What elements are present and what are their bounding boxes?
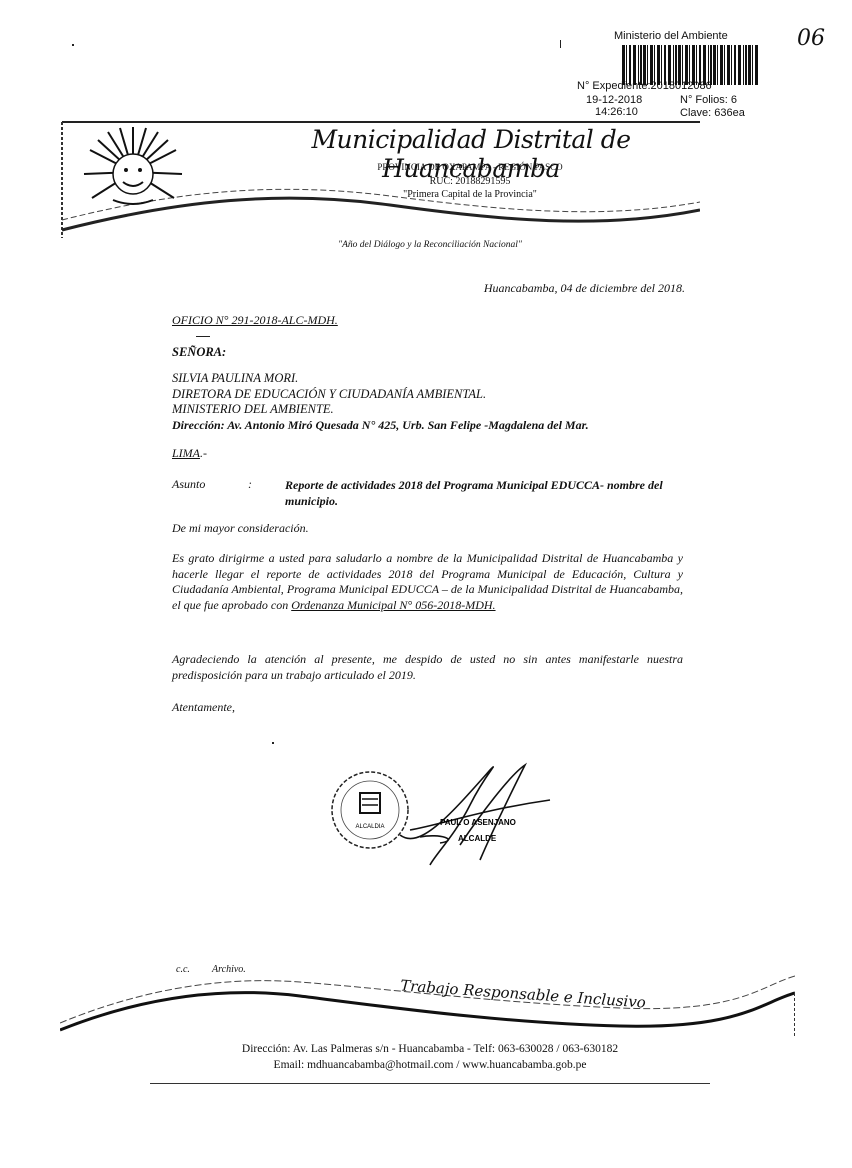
recipient-name: SILVIA PAULINA MORI. xyxy=(172,371,589,387)
footer-divider xyxy=(150,1083,710,1084)
municipality-province: PROVINCIA DE OXAPAMPA - REGIÓN PASCO xyxy=(300,162,640,172)
svg-text:ALCALDIA: ALCALDIA xyxy=(355,824,384,830)
signature-and-seal: ALCALDIA PAUL O ASENJANO ALCALDE xyxy=(310,755,580,870)
stamp-ministry: Ministerio del Ambiente xyxy=(614,30,728,42)
stamp-folios: N° Folios: 6 xyxy=(680,94,737,106)
official-seal-icon: ALCALDIA xyxy=(332,772,408,848)
closing: Atentamente, xyxy=(172,700,235,715)
recipient-city: LIMA.- xyxy=(172,446,207,461)
subject-text: Reporte de actividades 2018 del Programa… xyxy=(285,477,685,509)
signature-icon xyxy=(400,765,550,865)
oficio-number: OFICIO N° 291-2018-ALC-MDH. xyxy=(172,313,338,328)
salutation: SEÑORA: xyxy=(172,345,226,360)
svg-text:ALCALDE: ALCALDE xyxy=(458,834,497,843)
footer-email: Email: mdhuancabamba@hotmail.com / www.h… xyxy=(160,1059,700,1071)
scan-speck xyxy=(272,742,274,744)
recipient-address: Dirección: Av. Antonio Miró Quesada N° 4… xyxy=(172,418,589,434)
barcode xyxy=(622,45,760,85)
recipient-block: SILVIA PAULINA MORI. DIRETORA DE EDUCACI… xyxy=(172,371,589,433)
city-suffix: .- xyxy=(200,446,207,460)
year-motto: "Año del Diálogo y la Reconciliación Nac… xyxy=(200,240,660,250)
scan-speck xyxy=(72,44,74,46)
municipal-emblem-icon xyxy=(78,122,188,222)
subject-label: Asunto xyxy=(172,477,205,492)
svg-text:PAUL O ASENJANO: PAUL O ASENJANO xyxy=(440,818,516,827)
stamp-expediente: N° Expediente:2018012086 xyxy=(577,80,712,92)
paragraph-main: Es grato dirigirme a usted para saludarl… xyxy=(172,551,683,613)
stamp-clave: Clave: 636ea xyxy=(680,107,745,119)
subject-colon: : xyxy=(248,477,252,492)
greeting: De mi mayor consideración. xyxy=(172,521,309,536)
city-name: LIMA xyxy=(172,446,200,460)
municipality-motto: "Primera Capital de la Provincia" xyxy=(300,189,640,200)
municipality-ruc: RUC: 20188291595 xyxy=(300,176,640,187)
stamp-time: 14:26:10 xyxy=(595,106,638,118)
recipient-title: DIRETORA DE EDUCACIÓN Y CIUDADANÍA AMBIE… xyxy=(172,387,589,403)
letter-date: Huancabamba, 04 de diciembre del 2018. xyxy=(420,281,685,296)
recipient-institution: MINISTERIO DEL AMBIENTE. xyxy=(172,402,589,418)
municipality-name: Municipalidad Distrital de Huancabamba xyxy=(246,125,696,183)
stamp-date: 19-12-2018 xyxy=(586,94,642,106)
ordinance-reference: Ordenanza Municipal N° 056-2018-MDH. xyxy=(291,598,495,612)
ink-mark xyxy=(196,336,210,337)
paragraph-closing: Agradeciendo la atención al presente, me… xyxy=(172,652,683,683)
footer-address: Dirección: Av. Las Palmeras s/n - Huanca… xyxy=(160,1043,700,1055)
handwritten-page-number: 06 xyxy=(797,26,825,51)
scan-speck xyxy=(560,40,561,48)
